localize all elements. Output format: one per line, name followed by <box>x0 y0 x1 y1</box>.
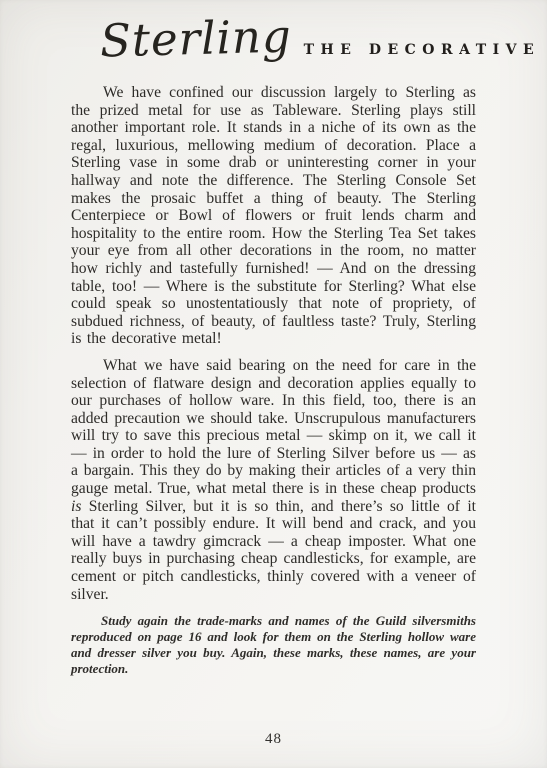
paragraph-2: What we have said bearing on the need fo… <box>71 357 476 603</box>
page-number: 48 <box>0 731 547 748</box>
footnote: Study again the trade-marks and names of… <box>71 613 476 677</box>
paragraph-2-text-cont: Sterling Silver, but it is so thin, and … <box>71 498 476 603</box>
paragraph-2-emphasis: is <box>71 498 81 515</box>
paragraph-1: We have confined our discussion largely … <box>71 84 476 348</box>
body-text: We have confined our discussion largely … <box>71 84 476 677</box>
book-page: Sterling THE DECORATIVE METAL We have co… <box>0 0 547 768</box>
paragraph-2-text: What we have said bearing on the need fo… <box>71 357 476 497</box>
title-script-word: Sterling <box>99 13 292 63</box>
page-title: Sterling THE DECORATIVE METAL <box>100 16 547 61</box>
title-caps-text: THE DECORATIVE METAL <box>304 42 547 58</box>
